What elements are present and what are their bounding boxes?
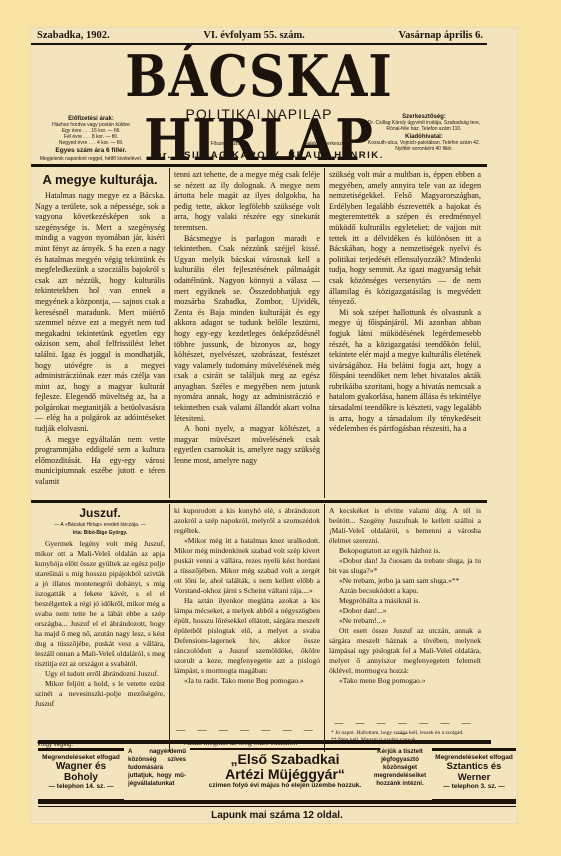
responsible-editor-label: Felelős szerkesztő: (296, 141, 356, 147)
feuilleton-column-1: Gyermek legény volt még Juszuf, mikor ot… (35, 539, 165, 739)
feuilleton-subtitle: — A «Bácskai Hirlap» eredeti tárczája. — (31, 522, 169, 528)
article-column-1: Hatalmas nagy megye ez a Bácska. Nagy a … (35, 191, 165, 488)
single-issue-price: Egyes szám ára 6 fillér. (31, 148, 151, 154)
ad-wagner-line2: Wagner és Boholy (38, 761, 124, 783)
feuilleton-column-2: ki kuporodott a kis kunyhó elé, s ábránd… (174, 506, 320, 726)
footnote-1: * Jó napot. Hallottam, hogy szolga kell,… (331, 730, 481, 737)
ad-request: Kérjük a tisztelt jégfogyasztó közönsége… (372, 748, 428, 788)
ads-bottom-rule (38, 800, 516, 804)
ad-wagner: Megrendeléseket elfogad Wagner és Boholy… (38, 748, 124, 802)
ad-sztantics: Megrendeléseket elfogad Sztantics és Wer… (432, 748, 516, 802)
ad-main: „Első Szabadkai Artézi Müjéggyár“ czimen… (190, 748, 380, 798)
editorial-address: Dr. Csillag Károly ügyvédi irodája, Szab… (361, 120, 487, 132)
ads-top-rule (38, 740, 491, 744)
feuilleton-column-3: A kecskéket is elvitte valami dög. A tél… (329, 506, 481, 718)
subscription-box: Előfizetési árak: Házhoz hordva vagy pos… (31, 116, 151, 162)
column-divider (324, 168, 325, 498)
ad-main-line1: „Első Szabadkai (190, 752, 380, 767)
page-count-note: Lapunk mai száma 12 oldal. (38, 810, 516, 821)
editorial-office-box: Szerkesztőség: Dr. Csillag Károly ügyvéd… (361, 114, 487, 152)
ad-sztantics-line2: Sztantics és Werner (432, 761, 516, 783)
masthead-rule (31, 164, 487, 167)
responsible-editor-name: BRAUN HENRIK. (286, 150, 386, 161)
chief-editor-label: Főszerkesztő: (206, 141, 246, 147)
newspaper-page: Szabadka, 1902. VI. évfolyam 55. szám. V… (31, 28, 517, 823)
ad-sztantics-line1: Megrendeléseket elfogad (432, 754, 516, 761)
column-divider (324, 504, 325, 752)
ad-sztantics-line3: — telephon 3. sz. — (432, 783, 516, 790)
chief-editor-name: Dr. CSILLAG KÁROLY. (139, 150, 299, 161)
column-divider (169, 504, 170, 752)
section-rule (31, 500, 487, 503)
article-title: A megye kulturája. (31, 172, 169, 187)
feuilleton-author: Irta: Bibó-Bige György. (31, 530, 169, 536)
ad-main-line3: czimen folyó évi május hó elején üzembe … (190, 782, 380, 789)
publication-note: Megjelenik naponkint reggel, hétfő kivét… (31, 156, 151, 162)
subscription-row-quarter: Negyed évre . . . 4 kor. — fill. (31, 140, 151, 146)
dateline: Szabadka, 1902. VI. évfolyam 55. szám. V… (37, 30, 483, 41)
issue-date: Vasárnap április 6. (398, 30, 483, 41)
article-column-2: tenni azt tehette, de a megye még csak f… (174, 170, 320, 498)
ads-bottom-thin-rule (38, 806, 516, 807)
feuilleton-title: Juszuf. (31, 506, 169, 520)
place-year: Szabadka, 1902. (37, 30, 110, 41)
volume-issue: VI. évfolyam 55. szám. (203, 30, 304, 41)
article-column-3: szükség volt már a multban is, éppen ebb… (329, 170, 481, 498)
ad-ice-notice: A nagyérdemű közönség szives tudomására … (128, 748, 186, 788)
column-divider (169, 168, 170, 498)
ad-wagner-line1: Megrendeléseket elfogad (38, 754, 124, 761)
ad-main-line2: Artézi Müjéggyár“ (190, 767, 380, 782)
ad-wagner-line3: — telephon 14. sz. — (38, 783, 124, 790)
